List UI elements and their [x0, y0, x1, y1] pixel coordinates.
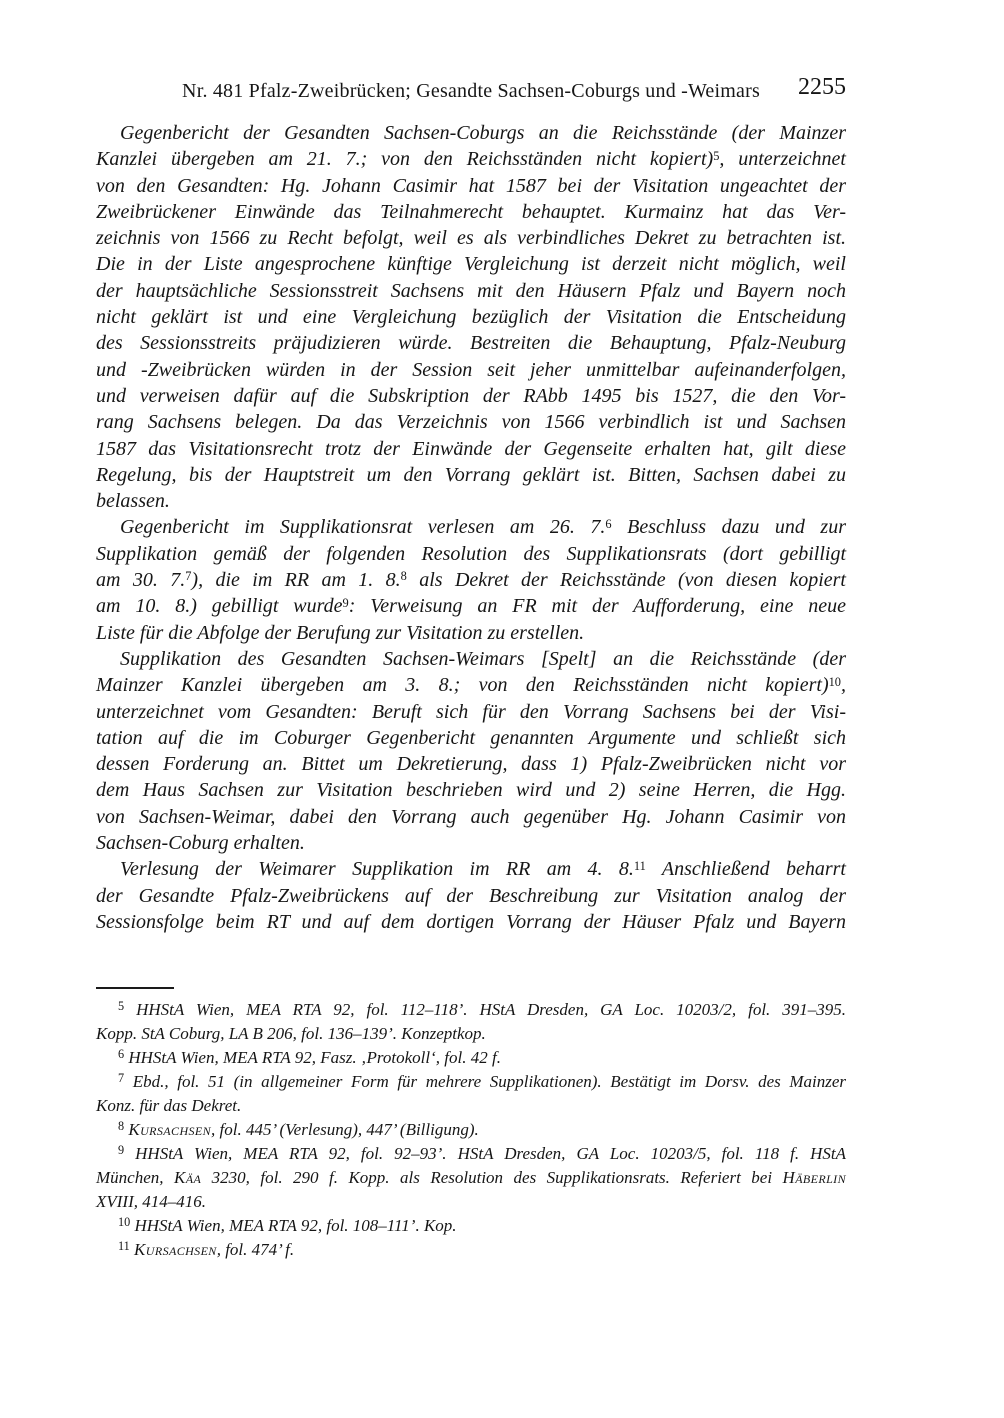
text-line: Mainzer Kanzlei übergeben am 3. 8.; von …: [96, 672, 846, 698]
book-page: Nr. 481 Pfalz-Zweibrücken; Gesandte Sach…: [0, 0, 1004, 1418]
page-header: Nr. 481 Pfalz-Zweibrücken; Gesandte Sach…: [96, 78, 846, 108]
page-number: 2255: [798, 74, 846, 101]
text-line: 1587 das Visitationsrecht trotz der Einw…: [96, 436, 846, 462]
text-line: Regelung, bis der Hauptstreit um den Vor…: [96, 462, 846, 488]
text-line: unterzeichnet vom Gesandten: Beruft sich…: [96, 699, 846, 725]
main-text: Gegenbericht der Gesandten Sachsen-Cobur…: [96, 120, 846, 935]
paragraph-verlesung: Verlesung der Weimarer Supplikation im R…: [96, 856, 846, 935]
text-line: der hauptsächliche Sessionsstreit Sachse…: [96, 278, 846, 304]
text-line: 10 HHStA Wien, MEA RTA 92, fol. 108–111’…: [96, 1214, 846, 1238]
text-line: Verlesung der Weimarer Supplikation im R…: [96, 856, 846, 882]
footnote-ref: 11: [634, 859, 646, 873]
small-caps-text: Häberlin: [783, 1168, 846, 1187]
text-line: und -Zweibrücken würden in der Session s…: [96, 357, 846, 383]
footnote-ref: 5: [713, 149, 719, 163]
text-line: dem Haus Sachsen zur Visitation beschrie…: [96, 777, 846, 803]
text-line: und verweisen dafür auf die Subskription…: [96, 383, 846, 409]
text-line: 11 Kursachsen, fol. 474’ f.: [96, 1238, 846, 1262]
footnote-ref: 11: [118, 1239, 130, 1253]
footnote-ref: 5: [118, 999, 124, 1013]
footnotes: 5 HHStA Wien, MEA RTA 92, fol. 112–118’.…: [96, 998, 846, 1262]
footnote-ref: 8: [401, 569, 407, 583]
footnote-9: 9 HHStA Wien, MEA RTA 92, fol. 92–93’. H…: [96, 1142, 846, 1214]
footnote-ref: 9: [118, 1143, 124, 1157]
text-line: Supplikation gemäß der folgenden Resolut…: [96, 541, 846, 567]
footnote-ref: 6: [118, 1047, 124, 1061]
footnote-ref: 6: [605, 517, 611, 531]
small-caps-text: Kursachsen: [134, 1240, 217, 1259]
text-line: am 10. 8.) gebilligt wurde9: Verweisung …: [96, 593, 846, 619]
text-line: Zweibrückener Einwände das Teilnahmerech…: [96, 199, 846, 225]
text-line: Kopp. StA Coburg, LA B 206, fol. 136–139…: [96, 1022, 846, 1046]
text-line: 9 HHStA Wien, MEA RTA 92, fol. 92–93’. H…: [96, 1142, 846, 1166]
text-line: der Gesandte Pfalz-Zweibrückens auf der …: [96, 883, 846, 909]
text-line: 6 HHStA Wien, MEA RTA 92, Fasz. ‚Protoko…: [96, 1046, 846, 1070]
text-line: Sessionsfolge beim RT und auf dem dortig…: [96, 909, 846, 935]
text-line: 7 Ebd., fol. 51 (in allgemeiner Form für…: [96, 1070, 846, 1094]
text-line: Supplikation des Gesandten Sachsen-Weima…: [96, 646, 846, 672]
footnote-5: 5 HHStA Wien, MEA RTA 92, fol. 112–118’.…: [96, 998, 846, 1046]
small-caps-text: Kursachsen: [128, 1120, 211, 1139]
text-line: Gegenbericht im Supplikationsrat verlese…: [96, 514, 846, 540]
paragraph-gegenbericht-coburg: Gegenbericht der Gesandten Sachsen-Cobur…: [96, 120, 846, 514]
paragraph-supplikation-weimar: Supplikation des Gesandten Sachsen-Weima…: [96, 646, 846, 856]
text-line: nicht geklärt ist und eine Vergleichung …: [96, 304, 846, 330]
footnote-7: 7 Ebd., fol. 51 (in allgemeiner Form für…: [96, 1070, 846, 1118]
text-line: Sachsen-Coburg erhalten.: [96, 830, 846, 856]
text-line: am 30. 7.7), die im RR am 1. 8.8 als Dek…: [96, 567, 846, 593]
text-line: dessen Forderung an. Bittet um Dekretier…: [96, 751, 846, 777]
text-line: des Sessionsstreits präjudizieren würde.…: [96, 330, 846, 356]
footnote-6: 6 HHStA Wien, MEA RTA 92, Fasz. ‚Protoko…: [96, 1046, 846, 1070]
text-line: 5 HHStA Wien, MEA RTA 92, fol. 112–118’.…: [96, 998, 846, 1022]
text-line: München, Käa 3230, fol. 290 f. Kopp. als…: [96, 1166, 846, 1190]
running-head: Nr. 481 Pfalz-Zweibrücken; Gesandte Sach…: [96, 78, 846, 103]
small-caps-text: Käa: [174, 1168, 201, 1187]
footnote-ref: 7: [118, 1071, 124, 1085]
footnote-8: 8 Kursachsen, fol. 445’ (Verlesung), 447…: [96, 1118, 846, 1142]
text-line: rang Sachsens belegen. Da das Verzeichni…: [96, 409, 846, 435]
text-line: tation auf die im Coburger Gegenbericht …: [96, 725, 846, 751]
text-line: zeichnis von 1566 zu Recht befolgt, weil…: [96, 225, 846, 251]
text-line: Die in der Liste angesprochene künftige …: [96, 251, 846, 277]
text-line: Kanzlei übergeben am 21. 7.; von den Rei…: [96, 146, 846, 172]
footnote-ref: 9: [343, 596, 349, 610]
text-line: Konz. für das Dekret.: [96, 1094, 846, 1118]
footnote-10: 10 HHStA Wien, MEA RTA 92, fol. 108–111’…: [96, 1214, 846, 1238]
text-line: Gegenbericht der Gesandten Sachsen-Cobur…: [96, 120, 846, 146]
text-line: Liste für die Abfolge der Berufung zur V…: [96, 620, 846, 646]
text-line: von Sachsen-Weimar, dabei den Vorrang au…: [96, 804, 846, 830]
text-line: XVIII, 414–416.: [96, 1190, 846, 1214]
footnote-ref: 10: [829, 675, 841, 689]
footnote-11: 11 Kursachsen, fol. 474’ f.: [96, 1238, 846, 1262]
footnote-separator: [96, 987, 174, 989]
text-line: belassen.: [96, 488, 846, 514]
paragraph-supplikationsrat: Gegenbericht im Supplikationsrat verlese…: [96, 514, 846, 645]
footnote-ref: 7: [185, 569, 191, 583]
text-line: 8 Kursachsen, fol. 445’ (Verlesung), 447…: [96, 1118, 846, 1142]
footnote-ref: 8: [118, 1119, 124, 1133]
text-line: von den Gesandten: Hg. Johann Casimir ha…: [96, 173, 846, 199]
footnote-ref: 10: [118, 1215, 130, 1229]
